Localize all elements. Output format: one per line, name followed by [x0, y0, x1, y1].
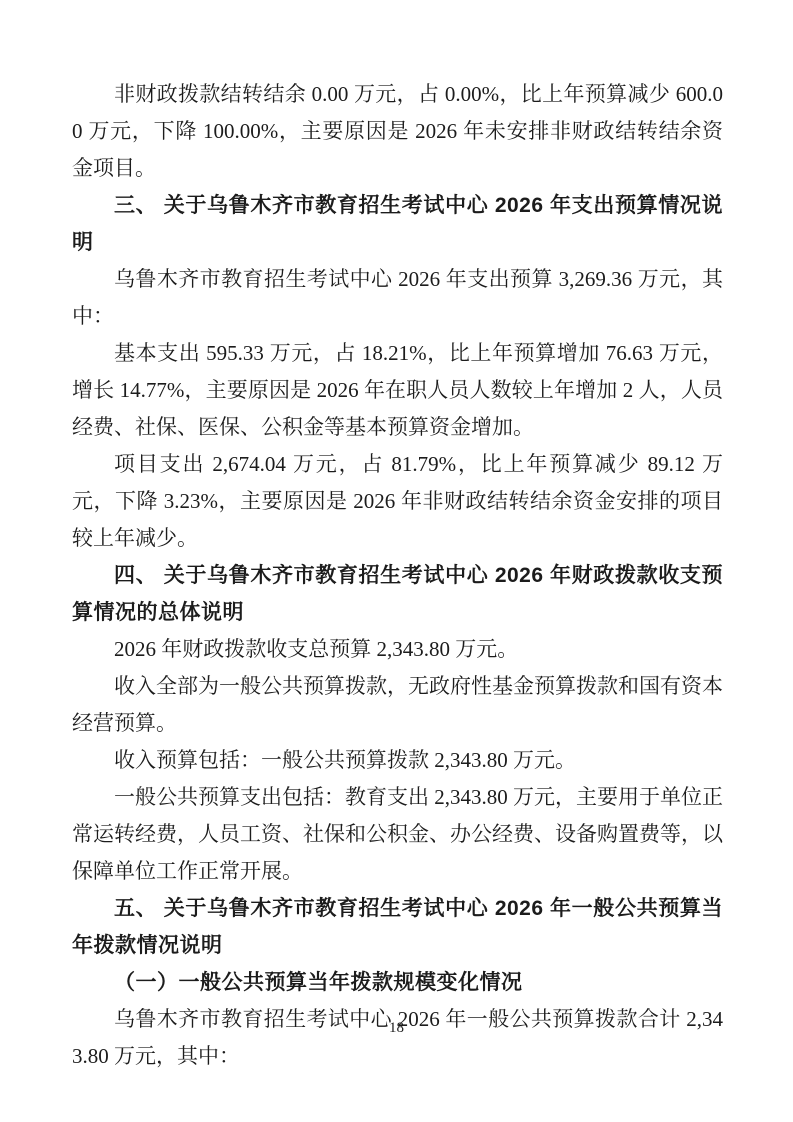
paragraph-expense-total: 乌鲁木齐市教育招生考试中心 2026 年支出预算 3,269.36 万元，其中： [72, 261, 723, 335]
paragraph-allocation-total: 乌鲁木齐市教育招生考试中心 2026 年一般公共预算拨款合计 2,343.80 … [72, 1001, 723, 1075]
subsection-heading-5-1: （一）一般公共预算当年拨款规模变化情况 [72, 964, 723, 1001]
section-heading-3: 三、 关于乌鲁木齐市教育招生考试中心 2026 年支出预算情况说明 [72, 187, 723, 261]
paragraph-project-expense: 项目支出 2,674.04 万元，占 81.79%，比上年预算减少 89.12 … [72, 446, 723, 557]
paragraph-public-budget-expense: 一般公共预算支出包括：教育支出 2,343.80 万元，主要用于单位正常运转经费… [72, 779, 723, 890]
document-body: 非财政拨款结转结余 0.00 万元，占 0.00%，比上年预算减少 600.00… [72, 76, 723, 1075]
paragraph-fiscal-total: 2026 年财政拨款收支总预算 2,343.80 万元。 [72, 631, 723, 668]
paragraph-income-source: 收入全部为一般公共预算拨款，无政府性基金预算拨款和国有资本经营预算。 [72, 668, 723, 742]
paragraph-nonfiscal-carryover: 非财政拨款结转结余 0.00 万元，占 0.00%，比上年预算减少 600.00… [72, 76, 723, 187]
section-heading-5: 五、 关于乌鲁木齐市教育招生考试中心 2026 年一般公共预算当年拨款情况说明 [72, 890, 723, 964]
paragraph-basic-expense: 基本支出 595.33 万元，占 18.21%，比上年预算增加 76.63 万元… [72, 335, 723, 446]
page-number: 18 [0, 1020, 793, 1037]
document-page: 非财政拨款结转结余 0.00 万元，占 0.00%，比上年预算减少 600.00… [0, 0, 793, 1122]
section-heading-4: 四、 关于乌鲁木齐市教育招生考试中心 2026 年财政拨款收支预算情况的总体说明 [72, 557, 723, 631]
paragraph-income-budget: 收入预算包括：一般公共预算拨款 2,343.80 万元。 [72, 742, 723, 779]
